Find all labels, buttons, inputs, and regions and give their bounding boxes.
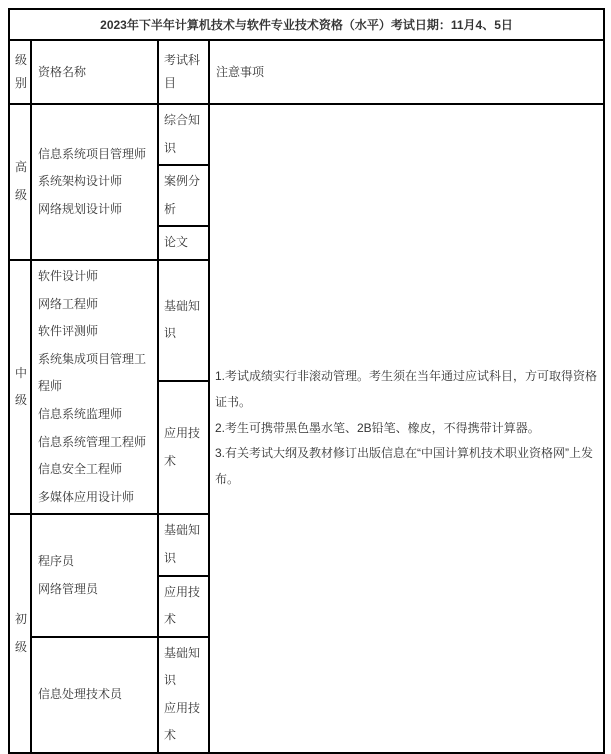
qualification-item: 系统架构设计师 xyxy=(38,168,157,196)
column-header-notes: 注意事项 xyxy=(209,40,604,104)
qualification-item: 信息安全工程师 xyxy=(38,456,157,484)
title-row: 2023年下半年计算机技术与软件专业技术资格（水平）考试日期：11月4、5日 xyxy=(9,9,604,40)
level-label-intermediate: 中级 xyxy=(9,260,31,514)
subject-senior-comprehensive: 综合知识 xyxy=(158,104,209,165)
qualification-item: 信息系统管理工程师 xyxy=(38,429,157,457)
exam-schedule-page: 2023年下半年计算机技术与软件专业技术资格（水平）考试日期：11月4、5日 级… xyxy=(0,0,611,754)
qualification-item: 软件设计师 xyxy=(38,263,157,291)
subject-senior-case-analysis: 案例分析 xyxy=(158,165,209,226)
subject-item: 基础知识 xyxy=(164,640,207,695)
column-header-subject: 考试科目 xyxy=(158,40,209,104)
qualification-item: 系统集成项目管理工程师 xyxy=(38,346,157,401)
qualification-list-intermediate: 软件设计师 网络工程师 软件评测师 系统集成项目管理工程师 信息系统监理师 信息… xyxy=(31,260,158,514)
subject-junior-info-processing: 基础知识 应用技术 xyxy=(158,637,209,753)
qualification-item: 程序员 xyxy=(38,548,157,576)
level-label-senior: 高级 xyxy=(9,104,31,260)
exam-schedule-table: 2023年下半年计算机技术与软件专业技术资格（水平）考试日期：11月4、5日 级… xyxy=(8,8,605,754)
subject-intermediate-basic: 基础知识 xyxy=(158,260,209,381)
subject-junior-basic: 基础知识 xyxy=(158,514,209,575)
qualification-item: 网络规划设计师 xyxy=(38,196,157,224)
qualification-item: 软件评测师 xyxy=(38,318,157,346)
qualification-list-senior: 信息系统项目管理师 系统架构设计师 网络规划设计师 xyxy=(31,104,158,260)
note-item: 1.考试成绩实行非滚动管理。考生须在当年通过应试科目，方可取得资格证书。 xyxy=(215,364,599,416)
level-label-junior: 初级 xyxy=(9,514,31,753)
qualification-list-junior-b: 信息处理技术员 xyxy=(31,637,158,753)
subject-junior-applied: 应用技术 xyxy=(158,576,209,637)
subject-intermediate-applied: 应用技术 xyxy=(158,381,209,515)
column-header-qualification: 资格名称 xyxy=(31,40,158,104)
qualification-item: 网络管理员 xyxy=(38,576,157,604)
qualification-item: 多媒体应用设计师 xyxy=(38,484,157,512)
note-item: 3.有关考试大纲及教材修订出版信息在“中国计算机技术职业资格网”上发布。 xyxy=(215,441,599,493)
subject-senior-thesis: 论文 xyxy=(158,226,209,260)
column-header-level: 级别 xyxy=(9,40,31,104)
header-row: 级别 资格名称 考试科目 注意事项 xyxy=(9,40,604,104)
note-item: 2.考生可携带黑色墨水笔、2B铅笔、橡皮，不得携带计算器。 xyxy=(215,416,599,442)
qualification-item: 信息处理技术员 xyxy=(38,681,157,709)
qualification-list-junior-a: 程序员 网络管理员 xyxy=(31,514,158,636)
subject-item: 应用技术 xyxy=(164,695,207,750)
qualification-item: 网络工程师 xyxy=(38,291,157,319)
table-title: 2023年下半年计算机技术与软件专业技术资格（水平）考试日期：11月4、5日 xyxy=(9,9,604,40)
row-senior-1: 高级 信息系统项目管理师 系统架构设计师 网络规划设计师 综合知识 1.考试成绩… xyxy=(9,104,604,165)
notes-cell: 1.考试成绩实行非滚动管理。考生须在当年通过应试科目，方可取得资格证书。 2.考… xyxy=(209,104,604,753)
qualification-item: 信息系统监理师 xyxy=(38,401,157,429)
qualification-item: 信息系统项目管理师 xyxy=(38,141,157,169)
